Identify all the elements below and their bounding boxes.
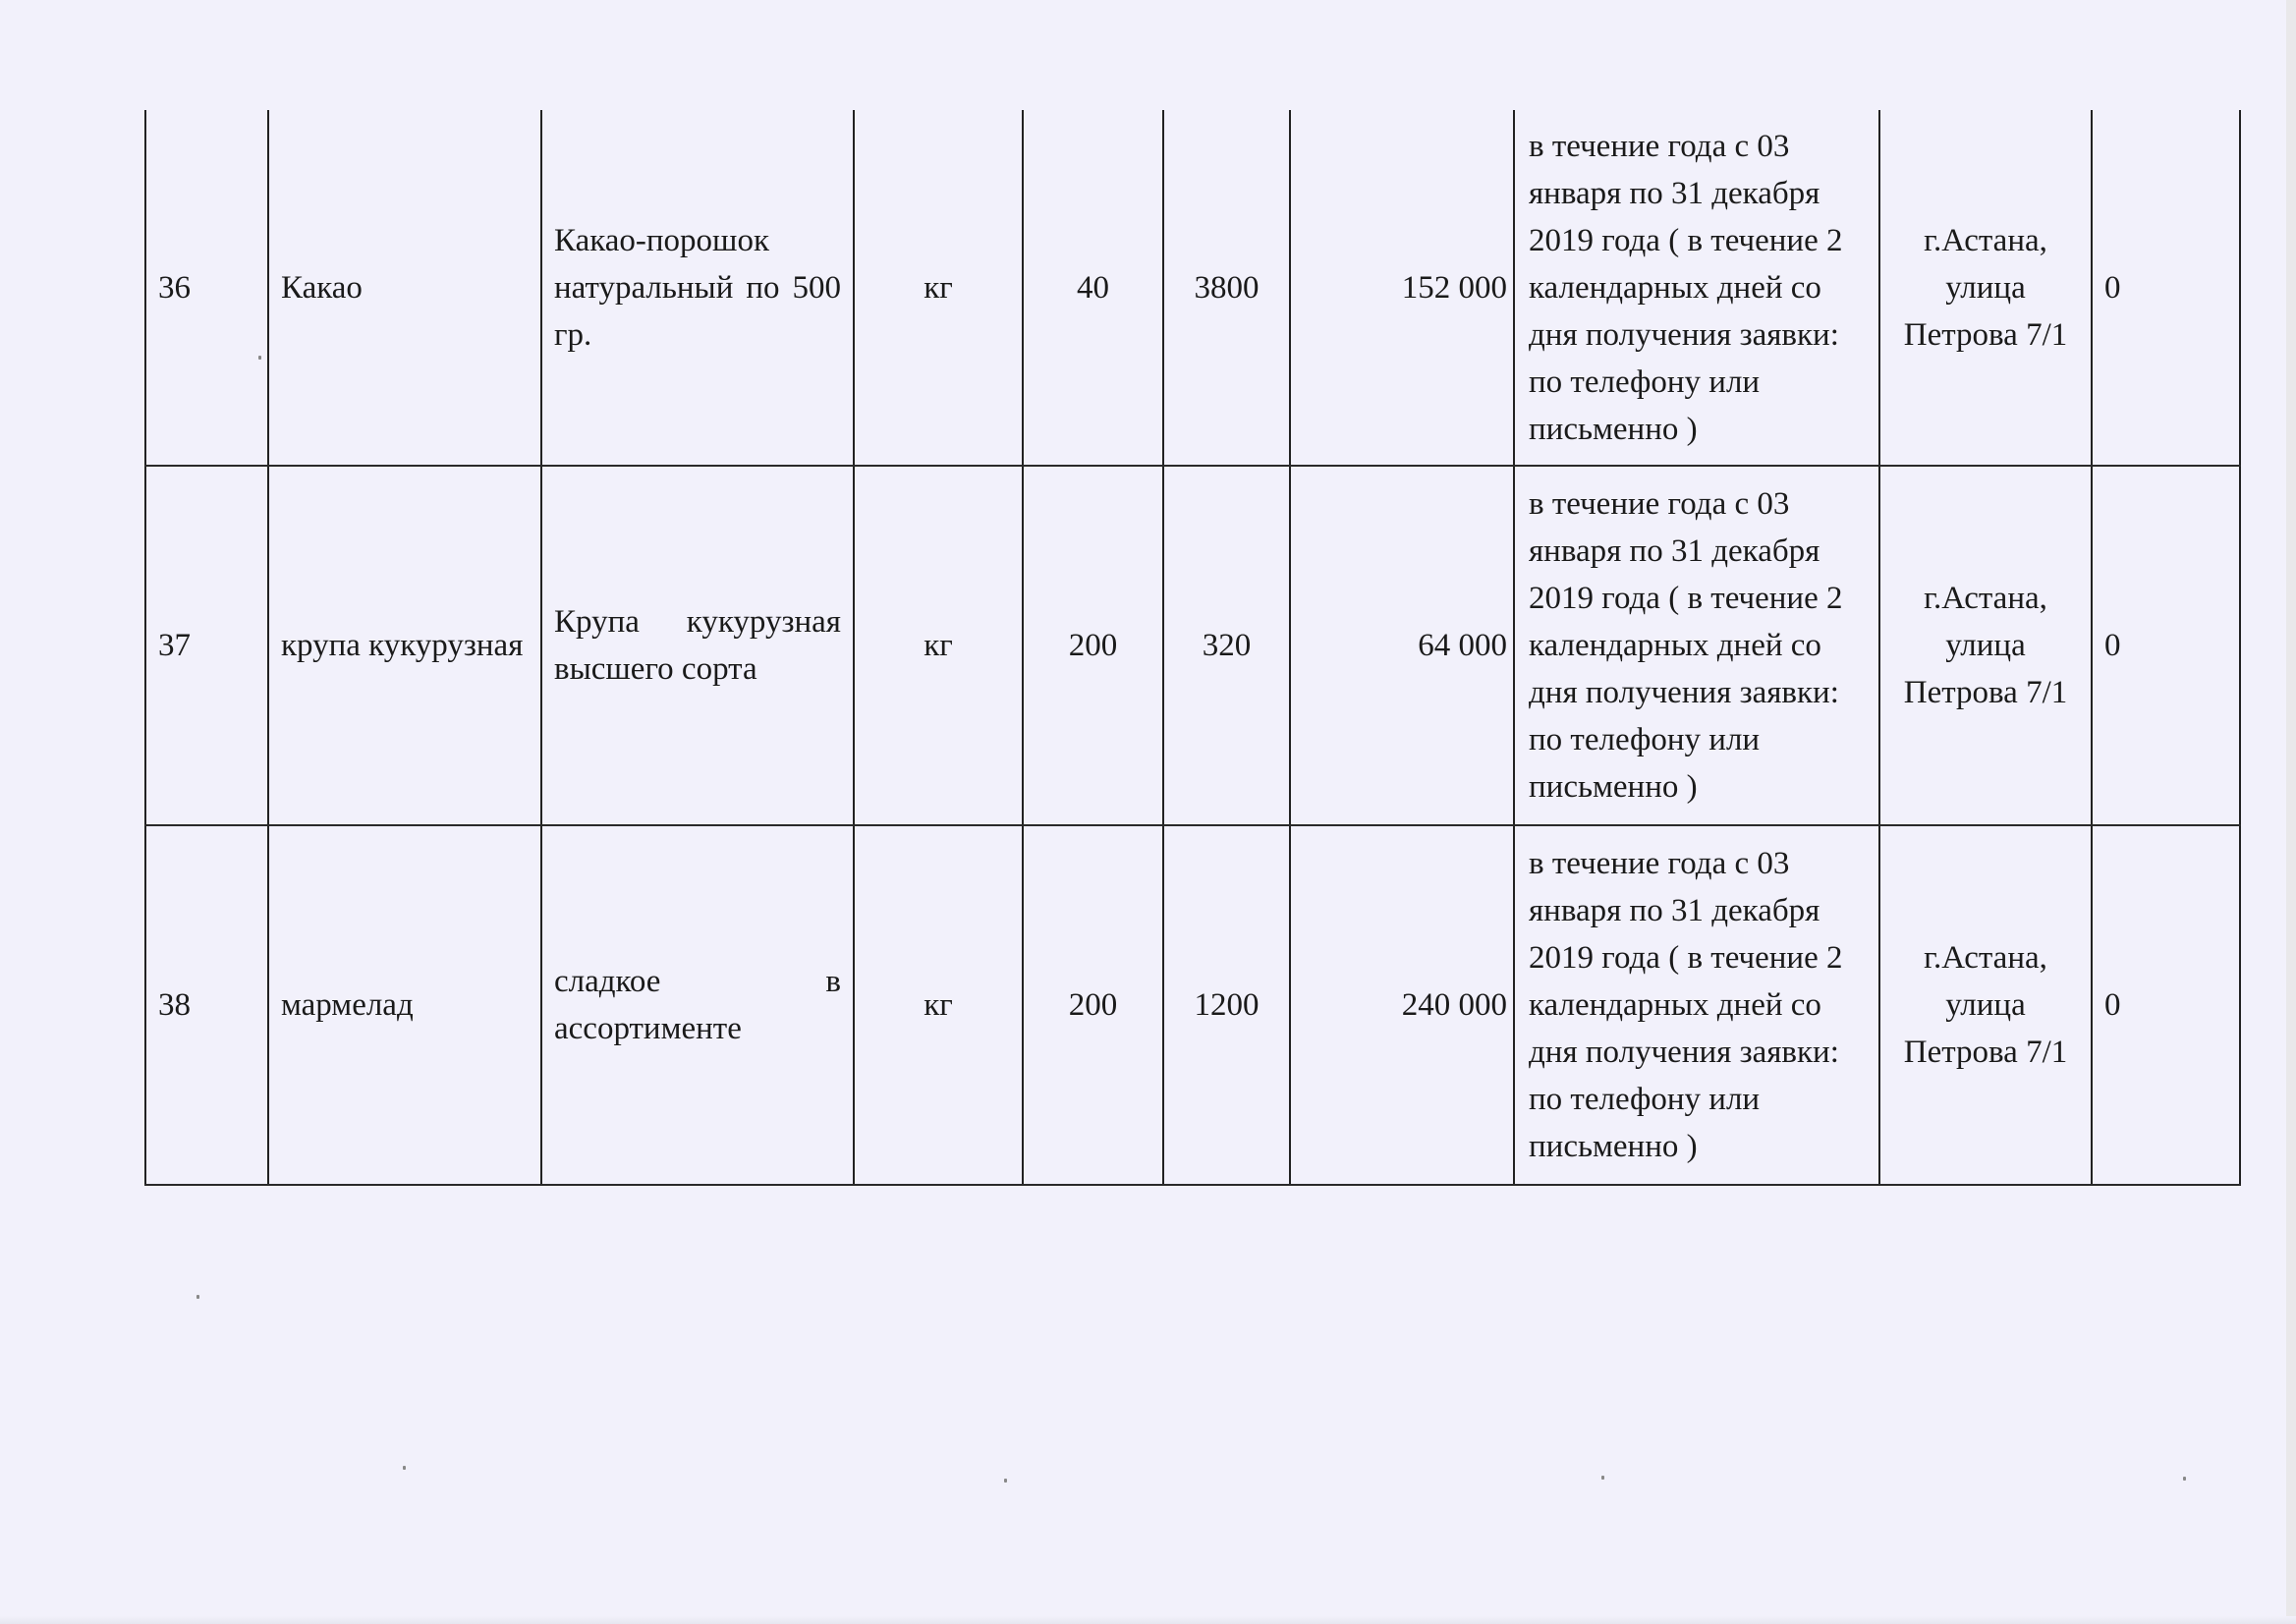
scan-speck	[258, 356, 261, 360]
item-name: Какао	[268, 110, 541, 466]
item-name: крупа кукурузная	[268, 466, 541, 825]
delivery-term: в течение года с 03 января по 31 декабря…	[1514, 110, 1879, 466]
item-description: сладкое в ассортименте	[541, 825, 854, 1185]
unit: кг	[854, 466, 1023, 825]
unit-price: 320	[1163, 466, 1290, 825]
item-description: Какао-порошок натуральный по 500 гр.	[541, 110, 854, 466]
table-row: 37 крупа кукурузная Крупа кукурузная выс…	[145, 466, 2240, 825]
row-number: 38	[145, 825, 268, 1185]
unit: кг	[854, 110, 1023, 466]
delivery-place: г.Астана, улица Петрова 7/1	[1879, 110, 2092, 466]
quantity: 200	[1023, 466, 1163, 825]
delivery-term: в течение года с 03 января по 31 декабря…	[1514, 466, 1879, 825]
advance-payment: 0	[2092, 110, 2240, 466]
scan-speck	[196, 1295, 199, 1299]
advance-payment: 0	[2092, 466, 2240, 825]
delivery-place: г.Астана, улица Петрова 7/1	[1879, 466, 2092, 825]
unit-price: 1200	[1163, 825, 1290, 1185]
scan-edge-right	[2286, 0, 2296, 1624]
delivery-place: г.Астана, улица Петрова 7/1	[1879, 825, 2092, 1185]
table-row: 36 Какао Какао-порошок натуральный по 50…	[145, 110, 2240, 466]
row-number: 36	[145, 110, 268, 466]
scan-speck	[2183, 1477, 2186, 1481]
table-row: 38 мармелад сладкое в ассортименте кг 20…	[145, 825, 2240, 1185]
item-description: Крупа кукурузная высшего сорта	[541, 466, 854, 825]
delivery-term: в течение года с 03 января по 31 декабря…	[1514, 825, 1879, 1185]
total-sum: 64 000	[1290, 466, 1514, 825]
total-sum: 152 000	[1290, 110, 1514, 466]
quantity: 200	[1023, 825, 1163, 1185]
scan-speck	[1004, 1479, 1007, 1483]
total-sum: 240 000	[1290, 825, 1514, 1185]
quantity: 40	[1023, 110, 1163, 466]
unit-price: 3800	[1163, 110, 1290, 466]
item-name: мармелад	[268, 825, 541, 1185]
scan-edge-bottom	[0, 1616, 2296, 1624]
procurement-table: 36 Какао Какао-порошок натуральный по 50…	[144, 110, 2241, 1186]
unit: кг	[854, 825, 1023, 1185]
scan-speck	[403, 1466, 406, 1470]
row-number: 37	[145, 466, 268, 825]
advance-payment: 0	[2092, 825, 2240, 1185]
scan-speck	[1601, 1476, 1604, 1480]
